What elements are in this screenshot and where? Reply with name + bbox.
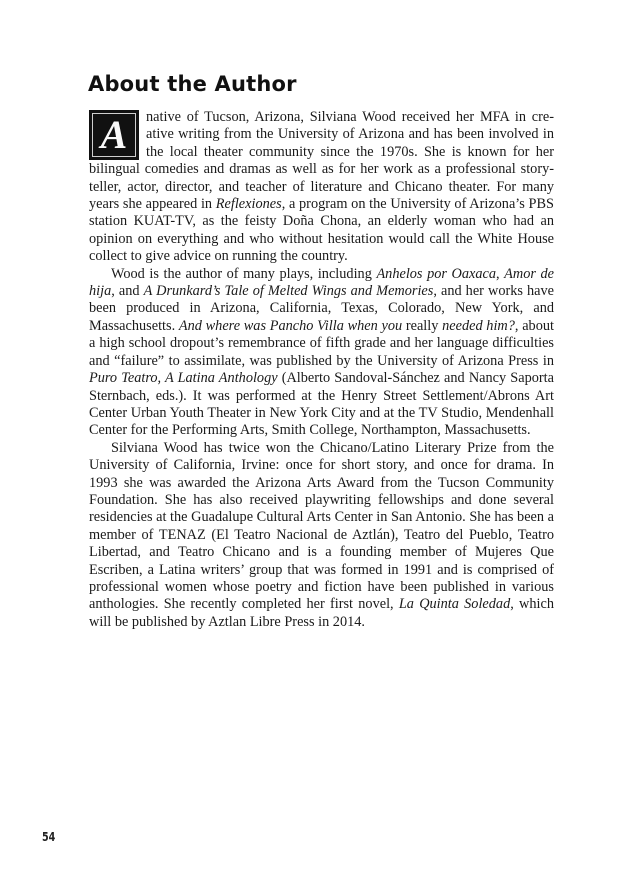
italic-title: A Drunkard’s Tale of Melted Wings and Me… (144, 283, 434, 299)
italic-title: needed him? (442, 318, 515, 334)
ornamental-dropcap-icon: A (89, 110, 139, 160)
text-run: , (496, 266, 504, 282)
italic-title: Puro Teatro, A Latina Anthology (89, 370, 278, 386)
page-number: 54 (42, 830, 55, 844)
dropcap-frame: A (92, 113, 136, 157)
book-page: About the Author A native of Tucson, Ari… (0, 0, 626, 896)
italic-title: Anhelos por Oaxaca (376, 266, 496, 282)
italic-title: And where was Pancho Villa when you (179, 318, 402, 334)
bio-paragraph-1: A native of Tucson, Arizona, Silviana Wo… (89, 109, 554, 266)
text-run: really (402, 318, 442, 334)
bio-paragraph-3: Silviana Wood has twice won the Chicano/… (89, 440, 554, 631)
author-bio: A native of Tucson, Arizona, Silviana Wo… (89, 109, 554, 631)
section-heading: About the Author (88, 72, 297, 96)
italic-title: Reflexiones (216, 196, 282, 212)
text-run: , and (111, 283, 143, 299)
dropcap-letter: A (101, 115, 128, 155)
text-run: Wood is the author of many plays, includ… (111, 266, 376, 282)
italic-title: La Quinta Soledad (399, 596, 510, 612)
bio-paragraph-2: Wood is the author of many plays, includ… (89, 266, 554, 440)
text-run: Silviana Wood has twice won the Chicano/… (89, 440, 554, 613)
